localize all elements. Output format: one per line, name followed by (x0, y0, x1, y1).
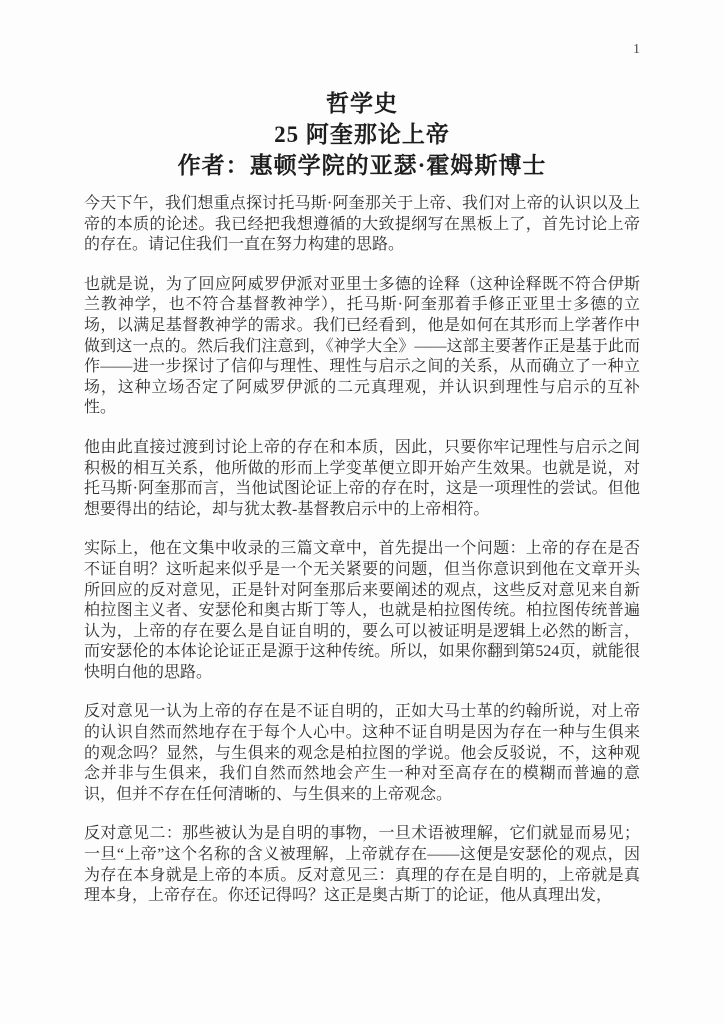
paragraph-objection-one: 反对意见一认为上帝的存在是不证自明的，正如大马士革的约翰所说，对上帝的认识自然而… (84, 702, 640, 805)
course-title: 哲学史 (0, 88, 724, 119)
page-number: 1 (633, 42, 640, 58)
paragraph-averroist-response: 也就是说，为了回应阿威罗伊派对亚里士多德的诠释（这种诠释既不符合伊斯兰教神学，也… (84, 275, 640, 419)
document-page: 1 哲学史 25 阿奎那论上帝 作者：惠顿学院的亚瑟·霍姆斯博士 今天下午，我们… (0, 0, 724, 1024)
title-block: 哲学史 25 阿奎那论上帝 作者：惠顿学院的亚瑟·霍姆斯博士 (0, 0, 724, 181)
lecture-title: 25 阿奎那论上帝 (0, 119, 724, 150)
author-line: 作者：惠顿学院的亚瑟·霍姆斯博士 (0, 150, 724, 181)
paragraph-self-evidence-question: 实际上，他在文集中收录的三篇文章中，首先提出一个问题：上帝的存在是否不证自明？这… (84, 539, 640, 683)
document-body: 今天下午，我们想重点探讨托马斯·阿奎那关于上帝、我们对上帝的认识以及上帝的本质的… (0, 181, 724, 907)
paragraph-existence-and-nature: 他由此直接过渡到讨论上帝的存在和本质，因此，只要你牢记理性与启示之间积极的相互关… (84, 438, 640, 520)
paragraph-intro: 今天下午，我们想重点探讨托马斯·阿奎那关于上帝、我们对上帝的认识以及上帝的本质的… (84, 194, 640, 256)
paragraph-objection-two-three: 反对意见二：那些被认为是自明的事物，一旦术语被理解，它们就显而易见；一旦“上帝”… (84, 824, 640, 906)
